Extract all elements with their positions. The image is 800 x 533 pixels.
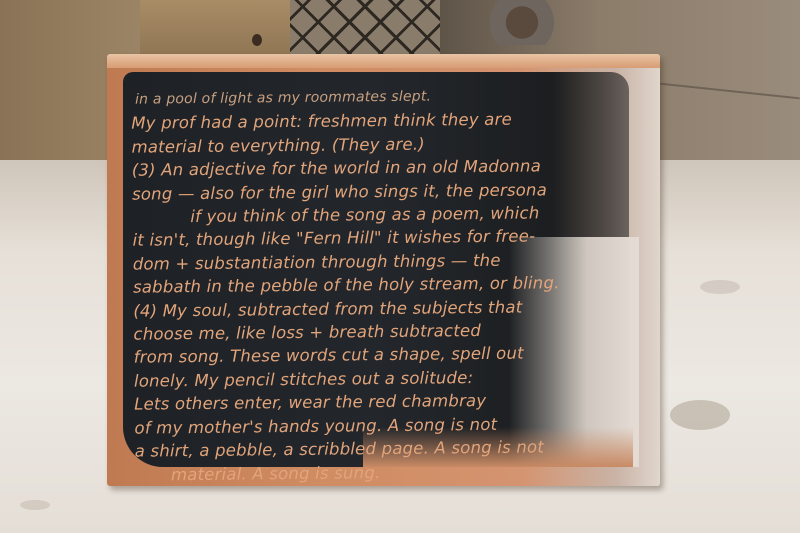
carved-poem: in a pool of light as my roommates slept… [131, 83, 645, 486]
board-hole [252, 34, 262, 46]
floor-stain [700, 280, 740, 294]
ceramic-tile: in a pool of light as my roommates slept… [107, 54, 660, 486]
black-slip-panel: in a pool of light as my roommates slept… [123, 72, 629, 467]
poem-line: material. A song is sung. [135, 458, 645, 487]
wooden-board [140, 0, 302, 60]
wire-mesh [290, 0, 440, 58]
tile-top-edge [107, 54, 660, 68]
floor-stain [20, 500, 50, 510]
metal-ring [490, 0, 570, 45]
wall-crack [660, 83, 799, 100]
floor-stain [670, 400, 730, 430]
